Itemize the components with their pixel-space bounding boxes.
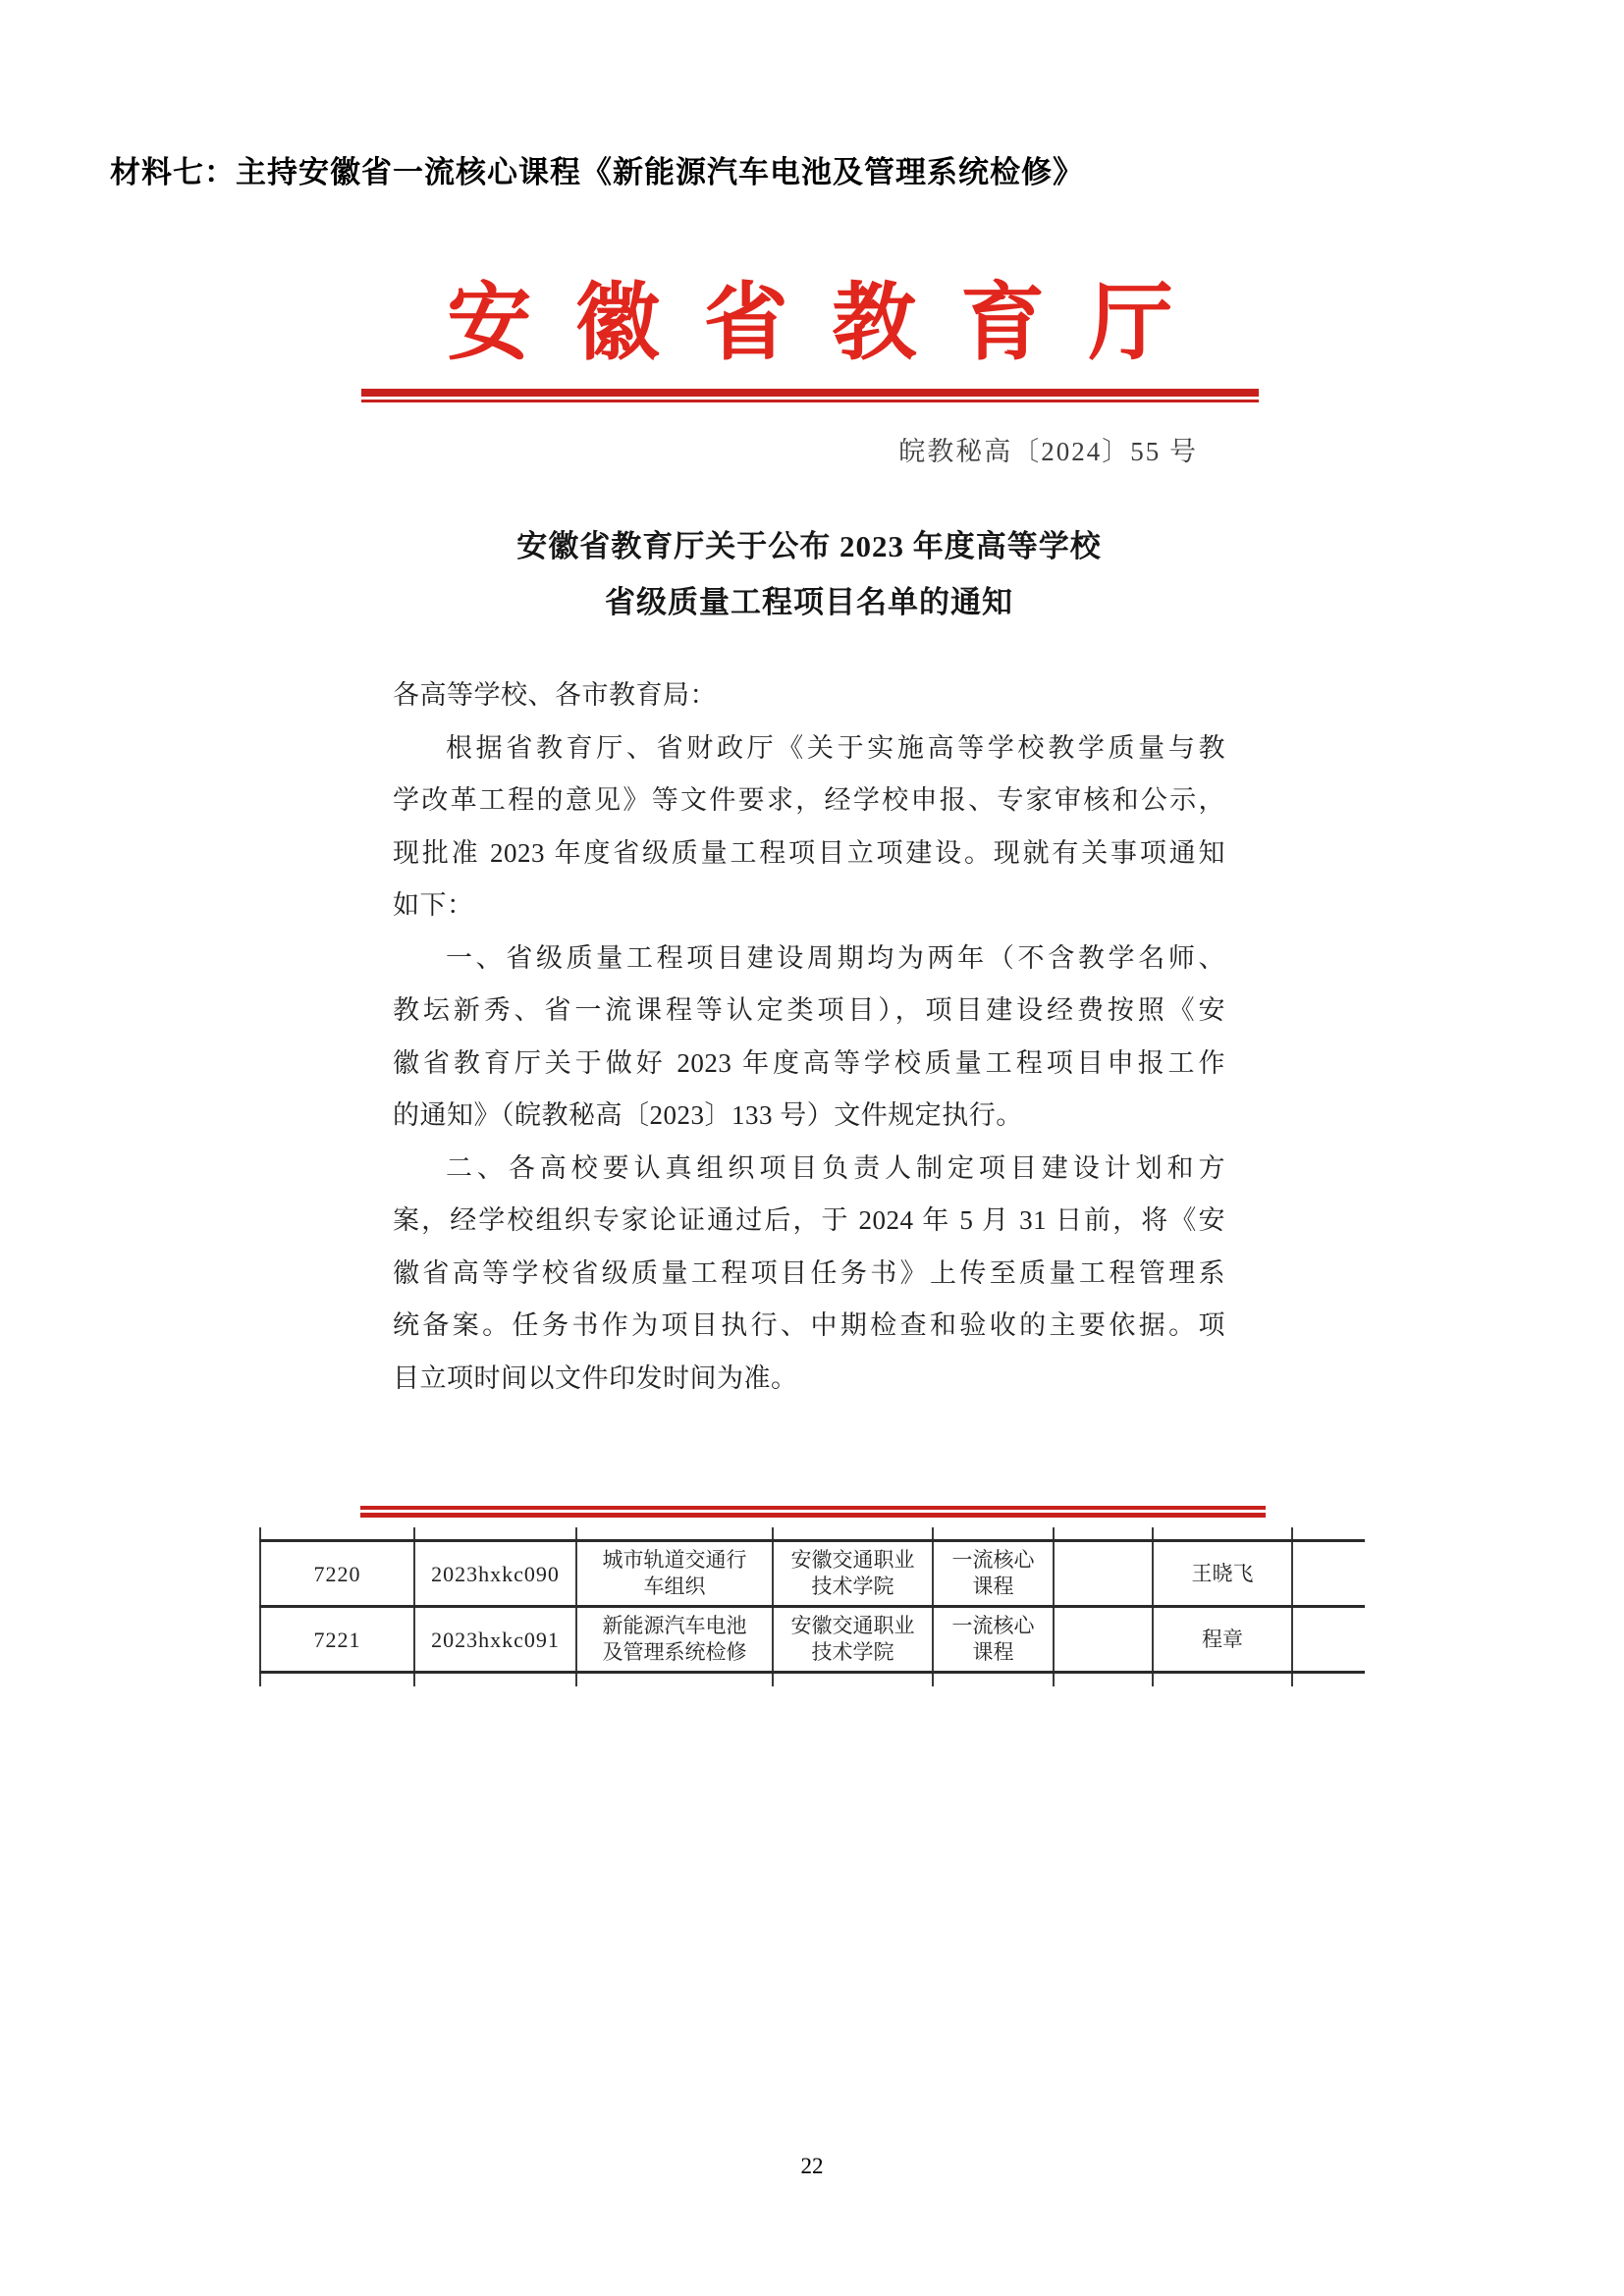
body-line: 目立项时间以文件印发时间为准。 [393, 1353, 1225, 1406]
project-table-clip: 7220 2023hxkc090 城市轨道交通行 车组织 安徽交通职业 技术学院… [259, 1527, 1365, 1686]
table-row: 7221 2023hxkc091 新能源汽车电池 及管理系统检修 安徽交通职业 … [260, 1607, 1365, 1673]
cell-empty [1054, 1541, 1153, 1607]
project-list-table: 7220 2023hxkc090 城市轨道交通行 车组织 安徽交通职业 技术学院… [259, 1527, 1365, 1686]
body-line: 二、各高校要认真组织项目负责人制定项目建设计划和方 [393, 1143, 1225, 1196]
cell-serial: 7221 [260, 1607, 414, 1673]
table-row-clipped-top [260, 1527, 1365, 1541]
table-row: 7220 2023hxkc090 城市轨道交通行 车组织 安徽交通职业 技术学院… [260, 1541, 1365, 1607]
body-line: 现批准 2023 年度省级质量工程项目立项建设。现就有关事项通知 [393, 828, 1225, 881]
cell-project-id: 2023hxkc090 [414, 1541, 576, 1607]
cell-category: 一流核心 课程 [933, 1607, 1054, 1673]
letterhead-agency-title: 安徽省教育厅 [353, 277, 1267, 370]
page-number: 22 [0, 2154, 1624, 2179]
cell-serial: 7220 [260, 1541, 414, 1607]
cell-school: 安徽交通职业 技术学院 [773, 1607, 933, 1673]
body-line: 徽省高等学校省级质量工程项目任务书》上传至质量工程管理系 [393, 1248, 1225, 1301]
body-line: 各高等学校、各市教育局： [393, 669, 1225, 722]
table-row-clipped-bottom [260, 1673, 1365, 1687]
cell-empty [1292, 1607, 1365, 1673]
cell-leader: 程章 [1153, 1607, 1292, 1673]
body-line: 教坛新秀、省一流课程等认定类项目），项目建设经费按照《安 [393, 985, 1225, 1038]
notice-body: 各高等学校、各市教育局： 根据省教育厅、省财政厅《关于实施高等学校教学质量与教 … [393, 669, 1225, 1405]
notice-title-line1: 安徽省教育厅关于公布 2023 年度高等学校 [393, 518, 1225, 574]
body-line: 如下： [393, 880, 1225, 933]
notice-title: 安徽省教育厅关于公布 2023 年度高等学校 省级质量工程项目名单的通知 [393, 518, 1225, 630]
notice-title-line2: 省级质量工程项目名单的通知 [393, 574, 1225, 630]
cell-category: 一流核心 课程 [933, 1541, 1054, 1607]
cell-empty [1054, 1607, 1153, 1673]
body-line: 的通知》（皖教秘高〔2023〕133 号）文件规定执行。 [393, 1090, 1225, 1143]
cell-school: 安徽交通职业 技术学院 [773, 1541, 933, 1607]
body-line: 一、省级质量工程项目建设周期均为两年（不含教学名师、 [393, 933, 1225, 986]
document-number: 皖教秘高〔2024〕55 号 [785, 430, 1198, 468]
body-line: 学改革工程的意见》等文件要求，经学校申报、专家审核和公示， [393, 774, 1225, 828]
body-line: 统备案。任务书作为项目执行、中期检查和验收的主要依据。项 [393, 1300, 1225, 1353]
body-line: 根据省教育厅、省财政厅《关于实施高等学校教学质量与教 [393, 722, 1225, 775]
body-line: 徽省教育厅关于做好 2023 年度高等学校质量工程项目申报工作 [393, 1038, 1225, 1091]
cell-course-name: 新能源汽车电池 及管理系统检修 [576, 1607, 773, 1673]
report-page: 材料七：主持安徽省一流核心课程《新能源汽车电池及管理系统检修》 安徽省教育厅 皖… [0, 0, 1624, 2296]
scanned-official-document: 安徽省教育厅 皖教秘高〔2024〕55 号 安徽省教育厅关于公布 2023 年度… [0, 0, 1624, 2296]
footer-red-rule [360, 1506, 1266, 1518]
cell-leader: 王晓飞 [1153, 1541, 1292, 1607]
letterhead-red-rule [361, 389, 1259, 402]
cell-empty [1292, 1541, 1365, 1607]
cell-project-id: 2023hxkc091 [414, 1607, 576, 1673]
body-line: 案，经学校组织专家论证通过后，于 2024 年 5 月 31 日前，将《安 [393, 1195, 1225, 1248]
cell-course-name: 城市轨道交通行 车组织 [576, 1541, 773, 1607]
